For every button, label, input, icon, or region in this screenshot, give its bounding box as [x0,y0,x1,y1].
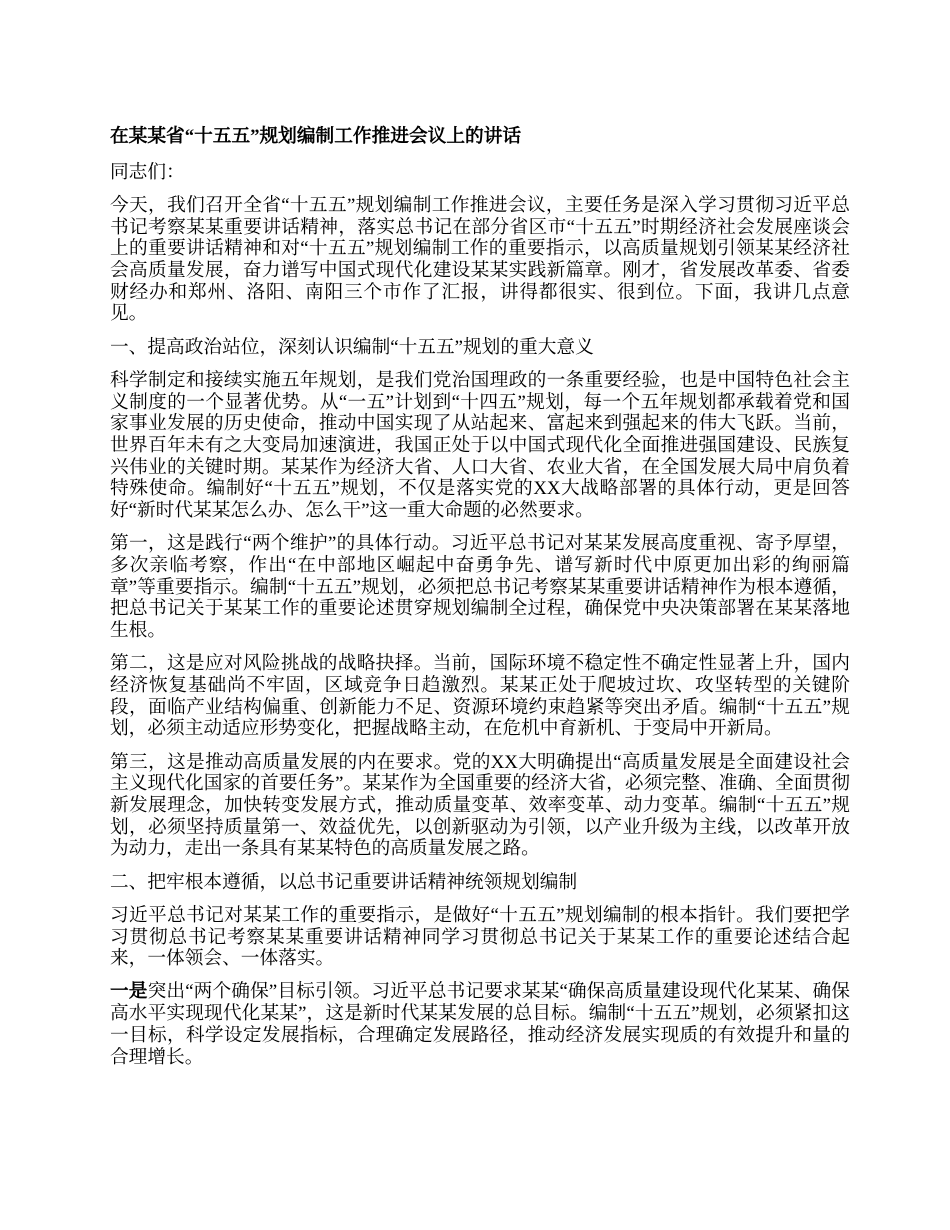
paragraph-goal-text: 突出“两个确保”目标引领。习近平总书记要求某某“确保高质量建设现代化某某、确保高… [110,981,850,1067]
paragraph-third-point: 第三，这是推动高质量发展的内在要求。党的XX大明确提出“高质量发展是全面建设社会… [110,752,850,861]
document-page: 在某某省“十五五”规划编制工作推进会议上的讲话 同志们： 今天，我们召开全省“十… [110,126,850,1080]
paragraph-first-point: 第一，这是践行“两个维护”的具体行动。习近平总书记对某某发展高度重视、寄予厚望，… [110,533,850,642]
section-heading-2: 二、把牢根本遵循，以总书记重要讲话精神统领规划编制 [110,872,850,894]
paragraph-significance: 科学制定和接续实施五年规划，是我们党治国理政的一条重要经验，也是中国特色社会主义… [110,370,850,522]
paragraph-goal: 一是突出“两个确保”目标引领。习近平总书记要求某某“确保高质量建设现代化某某、确… [110,981,850,1068]
paragraph-guideline: 习近平总书记对某某工作的重要指示，是做好“十五五”规划编制的根本指针。我们要把学… [110,905,850,970]
document-title: 在某某省“十五五”规划编制工作推进会议上的讲话 [110,126,850,148]
paragraph-second-point: 第二，这是应对风险挑战的战略抉择。当前，国际环境不稳定性不确定性显著上升，国内经… [110,653,850,740]
section-heading-1: 一、提高政治站位，深刻认识编制“十五五”规划的重大意义 [110,337,850,359]
paragraph-goal-lead: 一是 [110,981,148,1002]
paragraph-opening: 今天，我们召开全省“十五五”规划编制工作推进会议，主要任务是深入学习贯彻习近平总… [110,195,850,325]
salutation: 同志们： [110,162,850,184]
